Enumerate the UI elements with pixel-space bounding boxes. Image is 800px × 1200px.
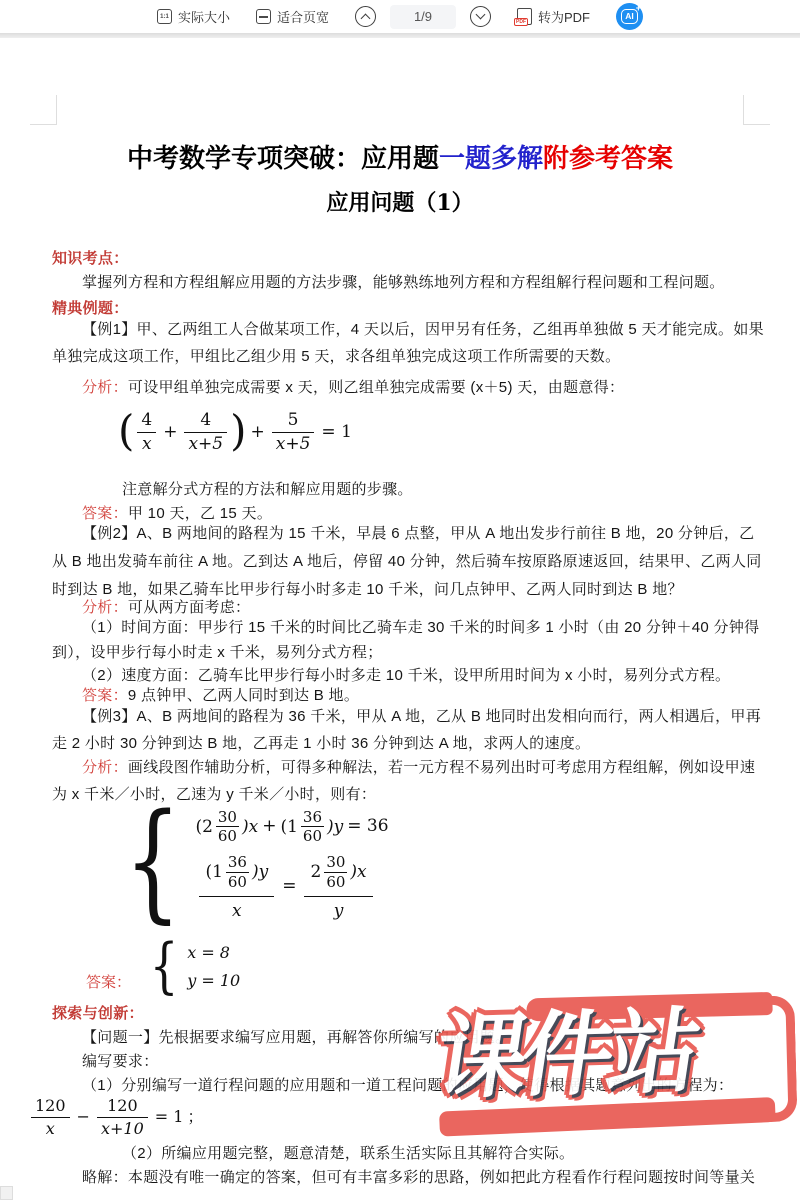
- actual-size-button[interactable]: 1:1 实际大小: [157, 7, 230, 26]
- example2-point1: （1）时间方面：甲步行 15 千米的时间比乙骑车走 30 千米的时间多 1 小时…: [52, 615, 764, 665]
- knowledge-points-heading: 知识考点：: [52, 245, 129, 272]
- title-blue-part: 一题多解: [439, 144, 543, 174]
- chevron-up-icon: [361, 14, 371, 24]
- viewer-toolbar: 1:1 实际大小 适合页宽 1/9 PDF 转为PDF AI +: [0, 0, 800, 33]
- document-subtitle: 应用问题（1）: [0, 186, 800, 217]
- title-red-part: 附参考答案: [543, 144, 673, 174]
- example1-text: 【例1】甲、乙两组工人合做某项工作，4 天以后，因甲另有任务，乙组再单独做 5 …: [52, 316, 764, 370]
- system-brace: {: [124, 798, 181, 926]
- document-title: 中考数学专项突破：应用题一题多解附参考答案: [0, 138, 800, 175]
- ai-assistant-button[interactable]: AI +: [616, 3, 643, 30]
- page-corner-mark-top-right: [743, 95, 770, 125]
- requirement1-text: （1）分别编写一道行程问题的应用题和一道工程问题的应用题，使得根据其题意列出的方…: [52, 1072, 733, 1099]
- equation-example1: (4x+4x+5)+5x+5= 1: [118, 410, 356, 456]
- explore-innovate-heading: 探索与创新：: [52, 1000, 144, 1027]
- actual-size-icon: 1:1: [157, 9, 172, 24]
- document-page: 中考数学专项突破：应用题一题多解附参考答案 应用问题（1） 知识考点： 掌握列方…: [0, 38, 800, 1200]
- page-up-button[interactable]: [355, 6, 376, 27]
- toolbar-divider: [0, 33, 800, 38]
- fit-width-label: 适合页宽: [277, 7, 329, 26]
- writing-requirements-label: 编写要求：: [52, 1048, 159, 1075]
- example1-analysis: 分析：可设甲组单独完成需要 x 天，则乙组单独完成需要 (x＋5) 天，由题意得…: [52, 374, 624, 401]
- example1-note: 注意解分式方程的方法和解应用题的步骤。: [52, 476, 413, 503]
- question1-text: 【问题一】先根据要求编写应用题，再解答你所编写的应用题。: [52, 1024, 510, 1051]
- example2-text: 【例2】A、B 两地间的路程为 15 千米，早晨 6 点整，甲从 A 地出发步行…: [52, 520, 764, 604]
- pdf-badge: PDF: [514, 18, 528, 27]
- fit-width-button[interactable]: 适合页宽: [256, 7, 329, 26]
- equation-system-example3: { (23060)x+(13660)y= 36 (13660)yx=23060)…: [112, 800, 393, 928]
- page-corner-mark-bottom-left: [0, 1186, 13, 1200]
- requirement2-text: （2）所编应用题完整，题意清楚，联系生活实际且其解符合实际。: [52, 1140, 574, 1167]
- page-down-button[interactable]: [470, 6, 491, 27]
- actual-size-label: 实际大小: [178, 7, 230, 26]
- knowledge-points-text: 掌握列方程和方程组解应用题的方法步骤，能够熟练地列方程和方程组解行程问题和工程问…: [52, 269, 725, 296]
- convert-to-pdf-button[interactable]: PDF 转为PDF: [517, 7, 590, 26]
- fit-width-icon: [256, 9, 271, 24]
- equation-120: 120x−120x+10= 1；: [28, 1096, 203, 1139]
- page-corner-mark-top-left: [30, 95, 57, 125]
- page-navigation: 1/9: [355, 5, 491, 29]
- system-equation-2: (13660)yx=23060)xy: [195, 853, 392, 921]
- page-indicator[interactable]: 1/9: [390, 5, 456, 29]
- brief-solution-text: 略解：本题没有唯一确定的答案，但可有丰富多彩的思路，例如把此方程看作行程问题按时…: [52, 1164, 755, 1191]
- example3-text: 【例3】A、B 两地间的路程为 36 千米，甲从 A 地，乙从 B 地同时出发相…: [52, 703, 764, 757]
- convert-to-pdf-label: 转为PDF: [538, 7, 590, 26]
- chevron-down-icon: [476, 10, 486, 20]
- title-black-part: 中考数学专项突破：应用题: [127, 144, 439, 174]
- pdf-document-icon: PDF: [517, 8, 532, 25]
- system-equation-1: (23060)x+(13660)y= 36: [195, 808, 392, 847]
- ai-plus-icon: +: [636, 4, 641, 13]
- example3-answer: 答案：{x = 8y = 10: [86, 936, 240, 996]
- answer-brace: {: [150, 936, 179, 996]
